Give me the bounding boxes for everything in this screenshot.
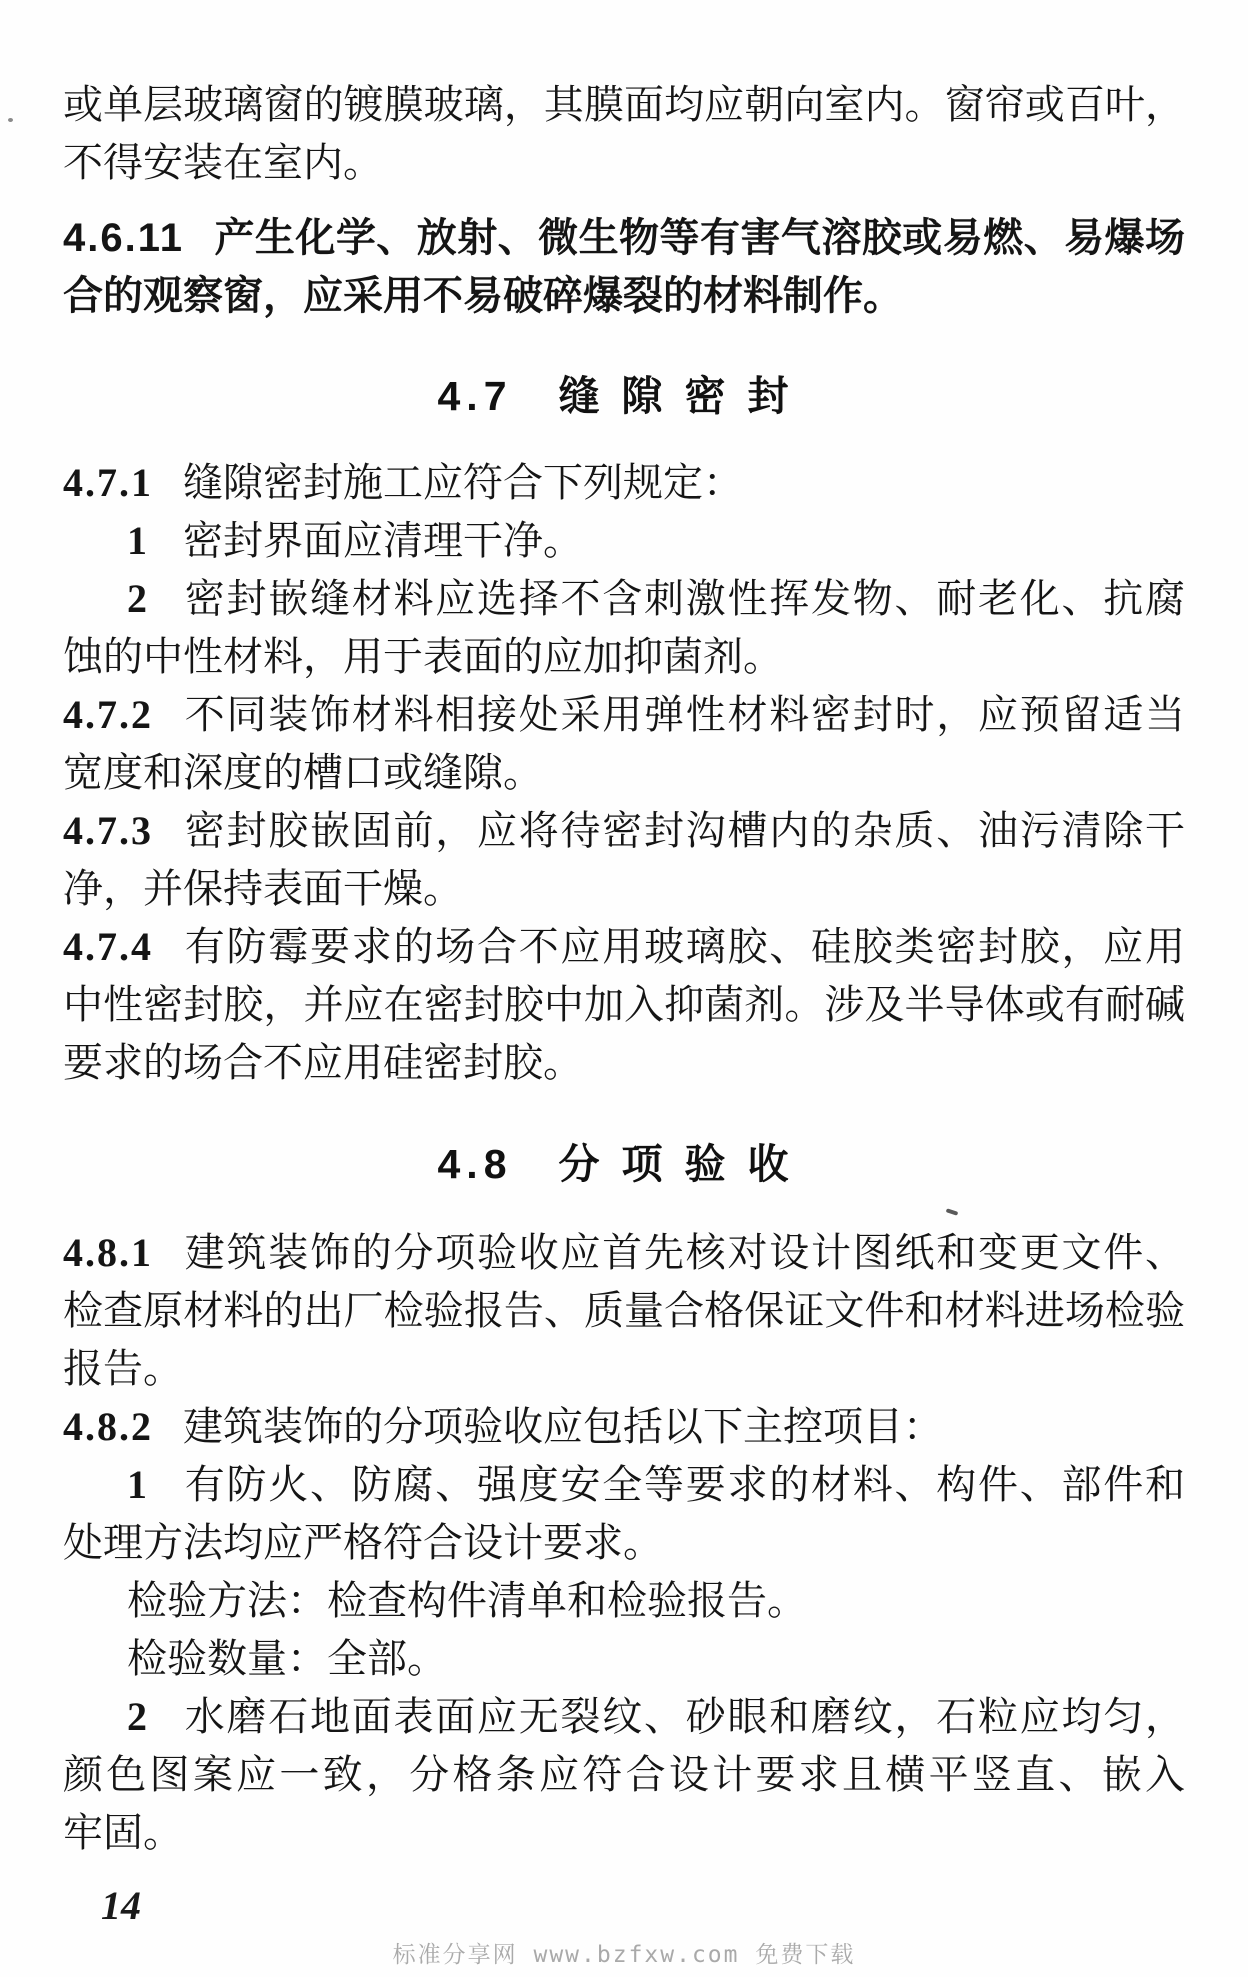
item-number: 1	[127, 1462, 147, 1507]
clause-text: 宽度和深度的槽口或缝隙。	[63, 750, 543, 795]
item-number: 2	[127, 1694, 147, 1739]
body-text: 检验数量：全部。	[127, 1636, 447, 1681]
item-1-line-1: 1密封界面应清理干净。	[63, 512, 1185, 570]
clause-text: 缝隙密封施工应符合下列规定：	[183, 460, 743, 505]
clause-text: 不同装饰材料相接处采用弹性材料密封时，应预留适当	[183, 692, 1185, 737]
item-1-line-2: 处理方法均应严格符合设计要求。	[63, 1514, 1185, 1572]
clause-number: 4.6.11	[63, 216, 184, 260]
clause-4-8-1-line-2: 检查原材料的出厂检验报告、质量合格保证文件和材料进场检验	[63, 1282, 1185, 1340]
item-text: 蚀的中性材料，用于表面的应加抑菌剂。	[63, 634, 783, 679]
clause-4-8-2-line-1: 4.8.2建筑装饰的分项验收应包括以下主控项目：	[63, 1398, 1185, 1456]
clause-text: 建筑装饰的分项验收应首先核对设计图纸和变更文件、	[183, 1230, 1185, 1275]
page-content: 或单层玻璃窗的镀膜玻璃，其膜面均应朝向室内。窗帘或百叶， 不得安装在室内。 4.…	[63, 76, 1185, 1862]
clause-text: 合的观察窗，应采用不易破碎爆裂的材料制作。	[63, 274, 903, 318]
clause-text: 产生化学、放射、微生物等有害气溶胶或易燃、易爆场	[214, 216, 1185, 260]
clause-4-8-1-line-1: 4.8.1建筑装饰的分项验收应首先核对设计图纸和变更文件、	[63, 1224, 1185, 1282]
clause-text: 要求的场合不应用硅密封胶。	[63, 1040, 583, 1085]
intro-line-1: 或单层玻璃窗的镀膜玻璃，其膜面均应朝向室内。窗帘或百叶，	[63, 76, 1185, 134]
clause-number: 4.7.1	[63, 460, 153, 505]
body-text: 检验方法：检查构件清单和检验报告。	[127, 1578, 807, 1623]
scan-artifact	[8, 118, 13, 122]
item-text: 处理方法均应严格符合设计要求。	[63, 1520, 663, 1565]
clause-text: 检查原材料的出厂检验报告、质量合格保证文件和材料进场检验	[63, 1288, 1185, 1333]
section-heading-4-7: 4.7缝隙密封	[63, 367, 1185, 425]
section-number: 4.7	[438, 373, 513, 419]
item-2-line-1: 2水磨石地面表面应无裂纹、砂眼和磨纹，石粒应均匀，	[63, 1688, 1185, 1746]
clause-4-7-3-line-1: 4.7.3密封胶嵌固前，应将待密封沟槽内的杂质、油污清除干	[63, 802, 1185, 860]
section-title: 缝隙密封	[549, 373, 811, 419]
clause-text: 中性密封胶，并应在密封胶中加入抑菌剂。涉及半导体或有耐碱	[63, 982, 1185, 1027]
clause-number: 4.7.3	[63, 808, 153, 853]
item-text: 牢固。	[63, 1810, 183, 1855]
item-text: 有防火、防腐、强度安全等要求的材料、构件、部件和	[183, 1462, 1185, 1507]
quantity-line: 检验数量：全部。	[63, 1630, 1185, 1688]
clause-text: 净，并保持表面干燥。	[63, 866, 463, 911]
clause-number: 4.7.2	[63, 692, 153, 737]
section-title: 分项验收	[549, 1141, 811, 1187]
item-1-line-1: 1有防火、防腐、强度安全等要求的材料、构件、部件和	[63, 1456, 1185, 1514]
clause-4-7-1-line-1: 4.7.1缝隙密封施工应符合下列规定：	[63, 454, 1185, 512]
item-number: 2	[127, 576, 147, 621]
item-2-line-3: 牢固。	[63, 1804, 1185, 1862]
clause-4-6-11-line-1: 4.6.11产生化学、放射、微生物等有害气溶胶或易燃、易爆场	[63, 209, 1185, 267]
item-number: 1	[127, 518, 147, 563]
item-2-line-2: 颜色图案应一致，分格条应符合设计要求且横平竖直、嵌入	[63, 1746, 1185, 1804]
clause-text: 有防霉要求的场合不应用玻璃胶、硅胶类密封胶，应用	[183, 924, 1185, 969]
clause-text: 报告。	[63, 1346, 183, 1391]
intro-line-2: 不得安装在室内。	[63, 134, 1185, 192]
page-number: 14	[101, 1882, 141, 1929]
clause-4-7-4-line-2: 中性密封胶，并应在密封胶中加入抑菌剂。涉及半导体或有耐碱	[63, 976, 1185, 1034]
clause-number: 4.7.4	[63, 924, 153, 969]
clause-4-7-4-line-3: 要求的场合不应用硅密封胶。	[63, 1034, 1185, 1092]
method-line: 检验方法：检查构件清单和检验报告。	[63, 1572, 1185, 1630]
item-text: 颜色图案应一致，分格条应符合设计要求且横平竖直、嵌入	[63, 1752, 1185, 1797]
clause-number: 4.8.2	[63, 1404, 153, 1449]
body-text: 或单层玻璃窗的镀膜玻璃，其膜面均应朝向室内。窗帘或百叶，	[63, 82, 1185, 127]
clause-text: 建筑装饰的分项验收应包括以下主控项目：	[183, 1404, 943, 1449]
clause-text: 密封胶嵌固前，应将待密封沟槽内的杂质、油污清除干	[183, 808, 1185, 853]
clause-4-6-11-line-2: 合的观察窗，应采用不易破碎爆裂的材料制作。	[63, 267, 1185, 325]
item-2-line-1: 2密封嵌缝材料应选择不含刺激性挥发物、耐老化、抗腐	[63, 570, 1185, 628]
clause-4-7-2-line-2: 宽度和深度的槽口或缝隙。	[63, 744, 1185, 802]
clause-number: 4.8.1	[63, 1230, 153, 1275]
clause-4-8-1-line-3: 报告。	[63, 1340, 1185, 1398]
body-text: 不得安装在室内。	[63, 140, 383, 185]
footer-watermark: 标准分享网 www.bzfxw.com 免费下载	[0, 1936, 1248, 1969]
clause-4-7-4-line-1: 4.7.4有防霉要求的场合不应用玻璃胶、硅胶类密封胶，应用	[63, 918, 1185, 976]
item-text: 密封嵌缝材料应选择不含刺激性挥发物、耐老化、抗腐	[183, 576, 1185, 621]
document-page: 或单层玻璃窗的镀膜玻璃，其膜面均应朝向室内。窗帘或百叶， 不得安装在室内。 4.…	[0, 0, 1248, 1977]
section-number: 4.8	[438, 1141, 513, 1187]
item-2-line-2: 蚀的中性材料，用于表面的应加抑菌剂。	[63, 628, 1185, 686]
item-text: 水磨石地面表面应无裂纹、砂眼和磨纹，石粒应均匀，	[183, 1694, 1185, 1739]
item-text: 密封界面应清理干净。	[183, 518, 583, 563]
section-heading-4-8: 4.8分项验收	[63, 1135, 1185, 1193]
clause-4-7-2-line-1: 4.7.2不同装饰材料相接处采用弹性材料密封时，应预留适当	[63, 686, 1185, 744]
clause-4-7-3-line-2: 净，并保持表面干燥。	[63, 860, 1185, 918]
